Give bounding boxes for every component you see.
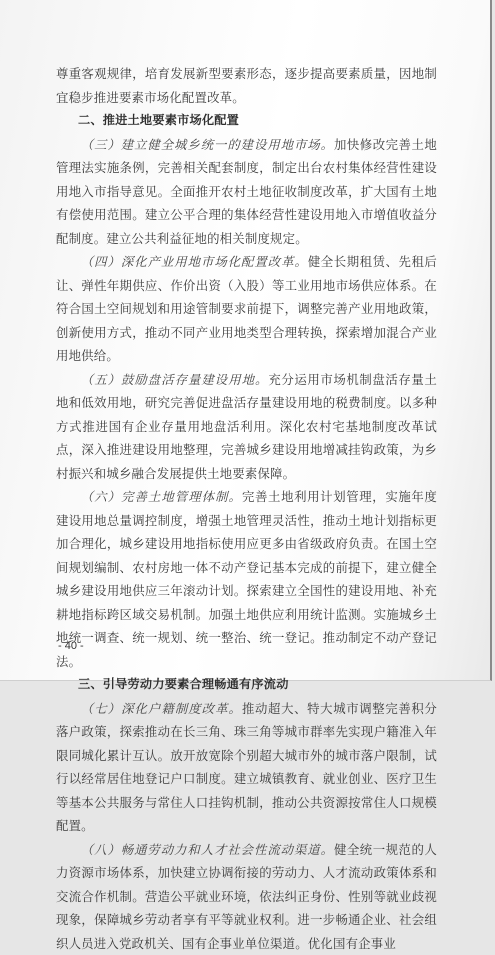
item-lead: （三）建立健全城乡统一的建设用地市场。 — [81, 137, 334, 152]
section-heading-labor: 三、引导劳动力要素合理畅通有序流动 — [56, 673, 437, 683]
item-paragraph-5: （五）鼓励盘活存量建设用地。充分运用市场机制盘活存量土地和低效用地，研究完善促进… — [56, 368, 437, 486]
item-paragraph-3: （三）建立健全城乡统一的建设用地市场。加快修改完善土地管理法实施条例，完善相关配… — [56, 133, 437, 251]
section-heading-land: 二、推进土地要素市场化配置 — [56, 109, 437, 133]
item-paragraph-6: （六）完善土地管理体制。完善土地利用计划管理，实施年度建设用地总量调控制度，增强… — [56, 485, 437, 673]
item-lead: （六）完善土地管理体制。 — [81, 489, 242, 504]
intro-paragraph: 尊重客观规律，培育发展新型要素形态，逐步提高要素质量，因地制宜稳步推进要素市场化… — [56, 62, 437, 109]
page-number: - 40 - — [58, 640, 84, 652]
item-body: 充分运用市场机制盘活存量土地和低效用地，研究完善促进盘活存量建设用地的税费制度。… — [56, 372, 437, 481]
item-body: 健全长期租赁、先租后让、弹性年期供应、作价出资（入股）等工业用地市场供应体系。在… — [56, 254, 437, 363]
item-paragraph-4: （四）深化产业用地市场化配置改革。健全长期租赁、先租后让、弹性年期供应、作价出资… — [56, 250, 437, 368]
item-body: 完善土地利用计划管理，实施年度建设用地总量调控制度，增强土地管理灵活性，推动土地… — [56, 489, 437, 669]
item-lead: （四）深化产业用地市场化配置改革。 — [81, 254, 308, 269]
item-lead: （五）鼓励盘活存量建设用地。 — [81, 372, 269, 387]
document-page: 尊重客观规律，培育发展新型要素形态，逐步提高要素质量，因地制宜稳步推进要素市场化… — [0, 0, 492, 681]
item-body: 加快修改完善土地管理法实施条例，完善相关配套制度，制定出台农村集体经营性建设用地… — [56, 137, 437, 246]
page-content: 尊重客观规律，培育发展新型要素形态，逐步提高要素质量，因地制宜稳步推进要素市场化… — [56, 62, 437, 683]
